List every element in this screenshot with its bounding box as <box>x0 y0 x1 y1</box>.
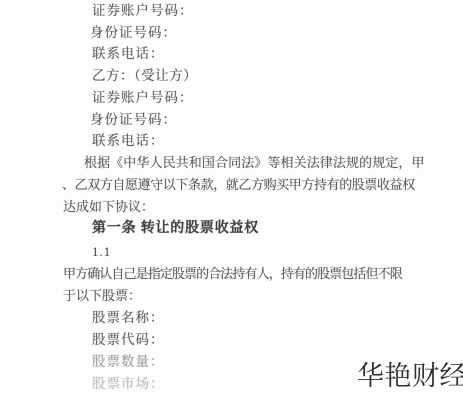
paragraph-legal-basis-line-1: 根据《中华人民共和国合同法》等相关法律法规的规定，甲 <box>84 155 425 171</box>
site-watermark: 华艳财经 <box>357 361 463 392</box>
clause-1-1-number: 1.1 <box>92 244 111 260</box>
field-phone-party-a: 联系电话： <box>92 46 165 62</box>
field-securities-account-party-a: 证券账户号码： <box>92 3 194 19</box>
clause-1-1-text-line-1: 甲方确认自己是指定股票的合法持有人，持有的股票包括但不限 <box>63 266 402 282</box>
contract-document-page: 证券账户号码： 身份证号码： 联系电话： 乙方：（受让方） 证券账户号码： 身份… <box>0 0 463 400</box>
document-text-block: 证券账户号码： 身份证号码： 联系电话： 乙方：（受让方） 证券账户号码： 身份… <box>0 0 463 400</box>
field-stock-market: 股票市场： <box>92 376 165 392</box>
field-id-number-party-a: 身份证号码： <box>90 25 177 41</box>
paragraph-legal-basis-line-3: 达成如下协议： <box>63 199 154 215</box>
field-securities-account-party-b: 证券账户号码： <box>92 90 194 106</box>
section-1-heading: 第一条 转让的股票收益权 <box>92 221 259 237</box>
field-stock-code: 股票代码： <box>92 332 165 348</box>
field-stock-name: 股票名称： <box>92 310 165 326</box>
field-id-number-party-b: 身份证号码： <box>90 112 177 128</box>
paragraph-legal-basis-line-2: 、乙双方自愿遵守以下条款，就乙方购买甲方持有的股票收益权 <box>62 177 415 193</box>
party-b-label: 乙方：（受让方） <box>92 68 197 84</box>
clause-1-1-text-line-2: 于以下股票： <box>63 288 141 304</box>
field-phone-party-b: 联系电话： <box>92 133 165 149</box>
field-stock-quantity: 股票数量： <box>92 354 165 370</box>
